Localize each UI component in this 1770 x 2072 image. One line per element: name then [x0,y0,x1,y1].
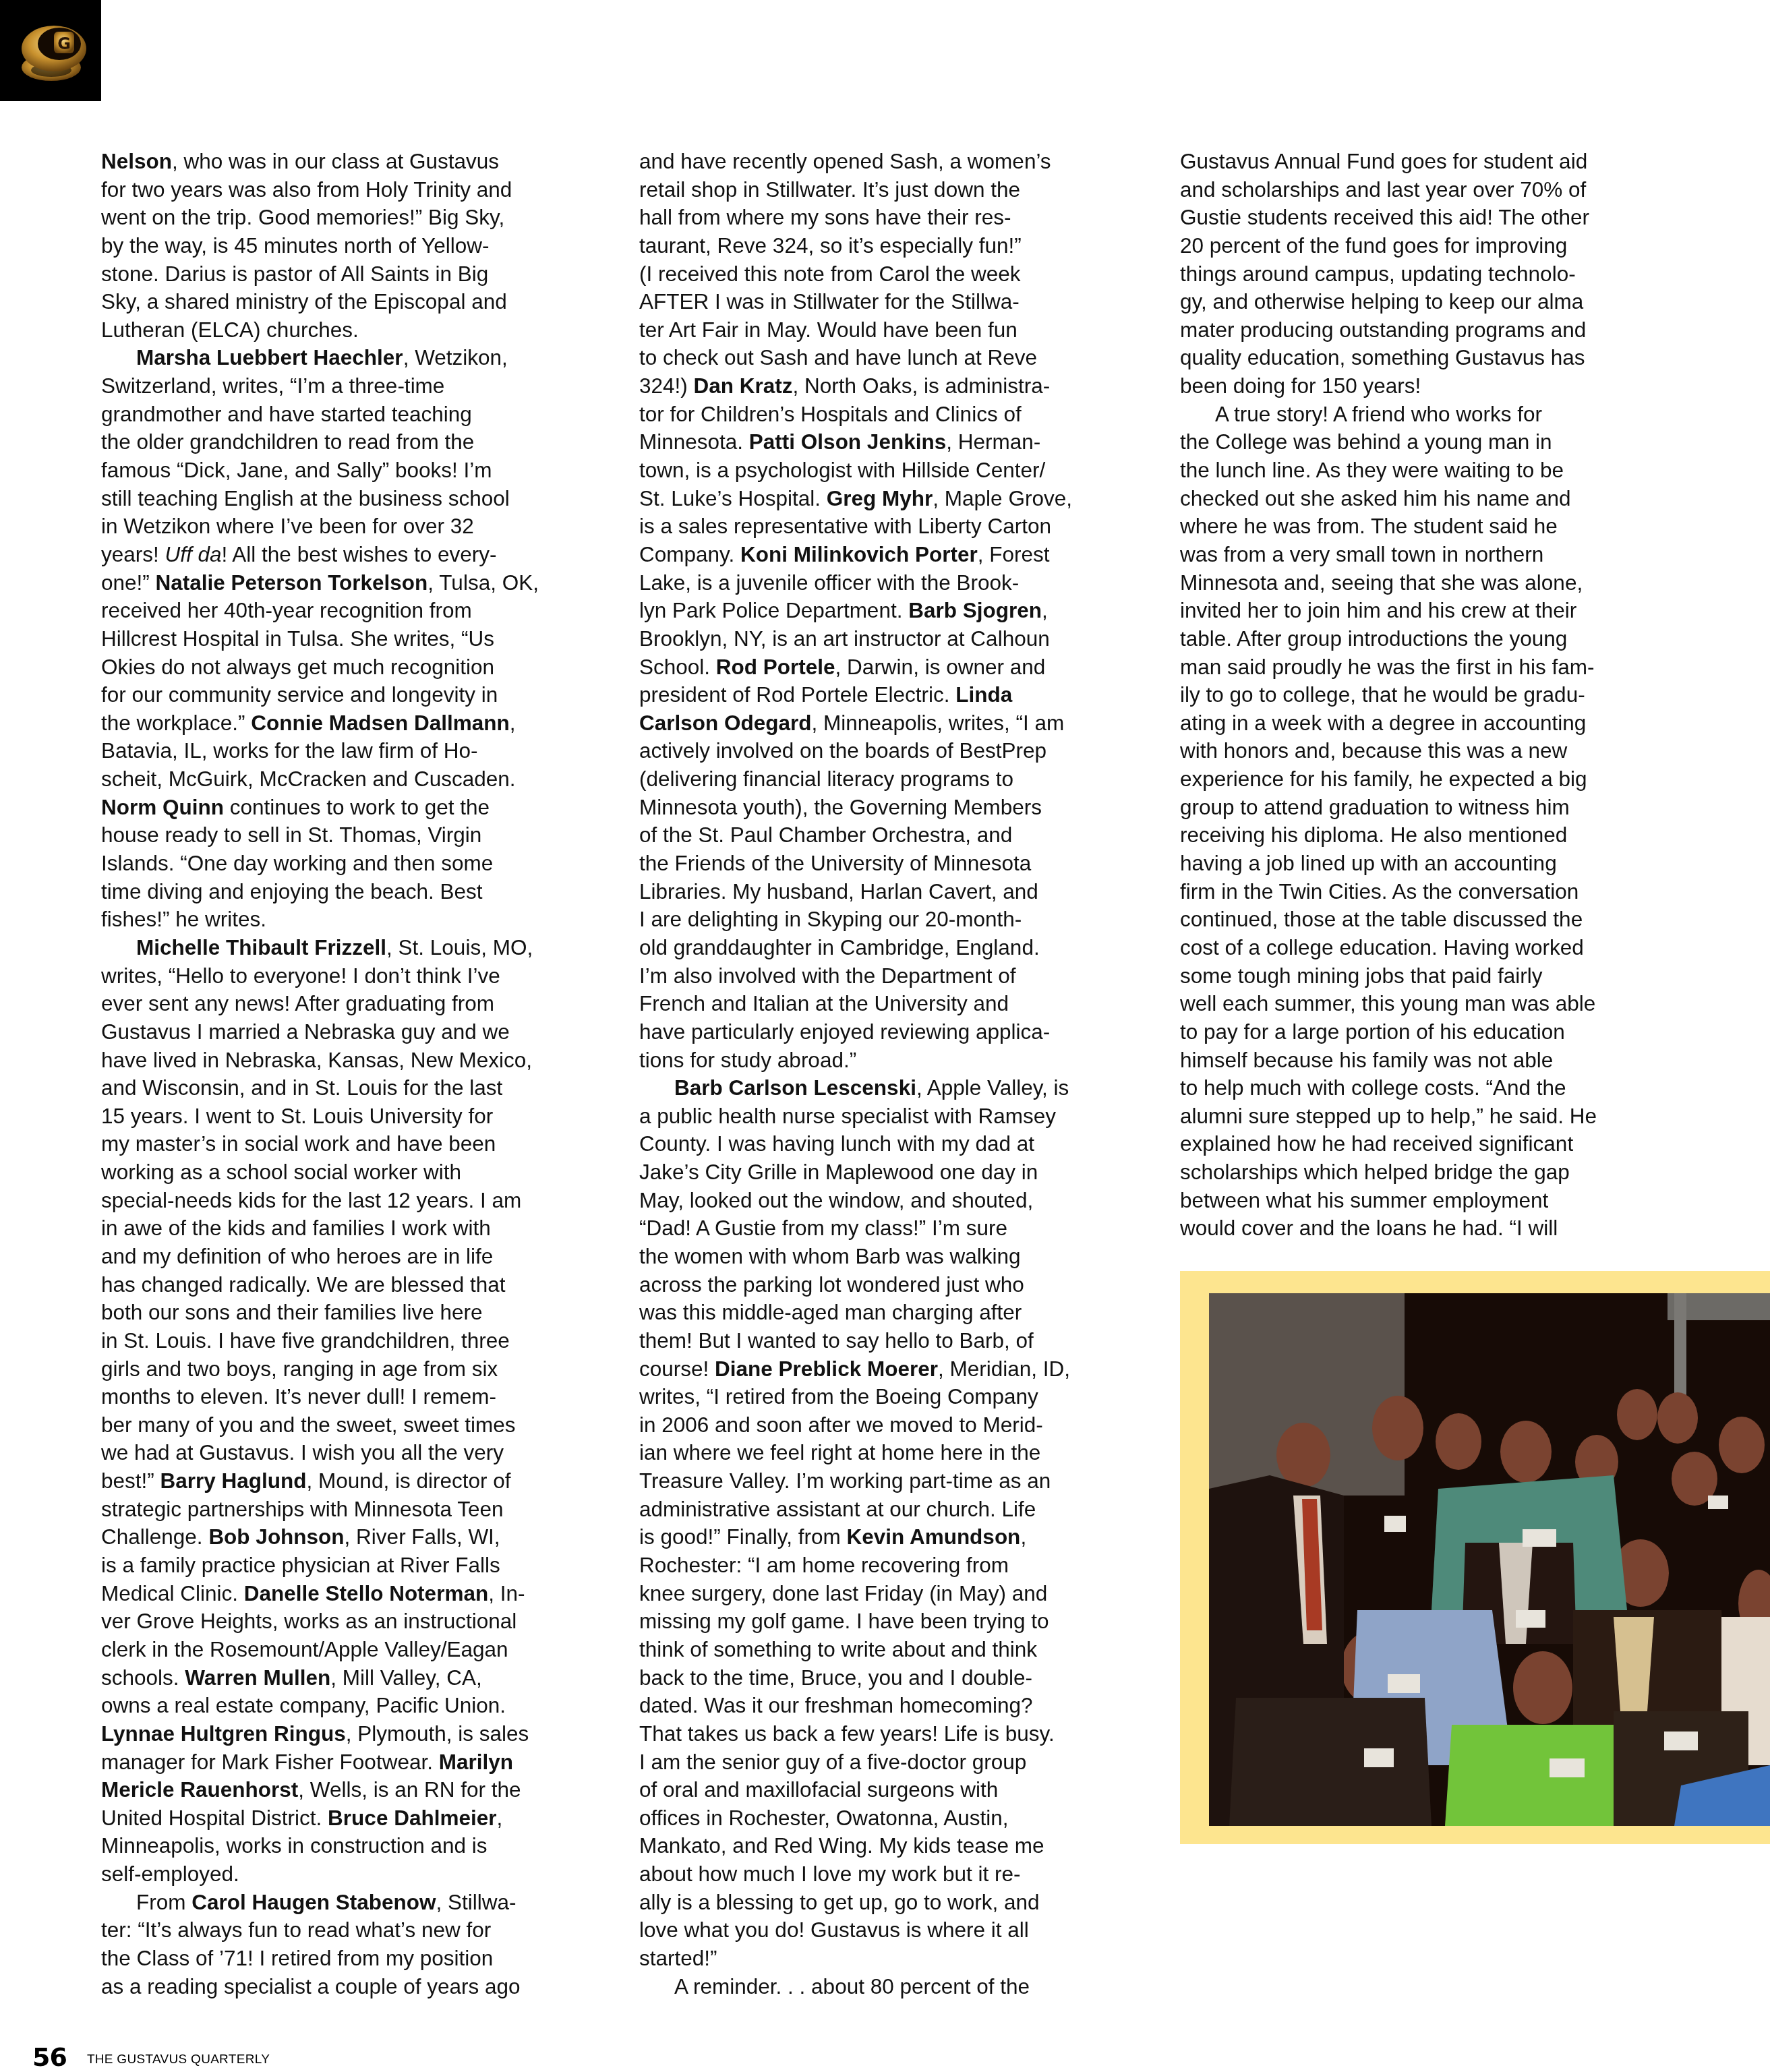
text-line: girls and two boys, ranging in age from … [101,1355,600,1384]
text-line: back to the time, Bruce, you and I doubl… [639,1664,1138,1692]
body-text: Company. [639,542,740,566]
text-line: grandmother and have started teaching [101,401,600,429]
body-text: received her 40th-year recognition from [101,598,472,622]
text-line: Jake’s City Grille in Maplewood one day … [639,1158,1138,1187]
body-text: famous “Dick, Jane, and Sally” books! I’… [101,458,492,482]
body-text: gy, and otherwise helping to keep our al… [1180,289,1583,314]
body-text: group to attend graduation to witness hi… [1180,795,1570,819]
body-text: both our sons and their families live he… [101,1300,483,1324]
text-line: French and Italian at the University and [639,990,1138,1018]
text-line: AFTER I was in Stillwater for the Stillw… [639,288,1138,316]
alumni-name: Kevin Amundson [847,1525,1021,1549]
text-line: Sky, a shared ministry of the Episcopal … [101,288,600,316]
body-text: would cover and the loans he had. “I wil… [1180,1216,1558,1240]
body-text: , In- [488,1581,525,1605]
text-line: hall from where my sons have their res- [639,204,1138,232]
body-text: , [496,1806,502,1830]
class-ring-logo: G [0,0,101,101]
text-line: Minnesota youth), the Governing Members [639,794,1138,822]
text-line: started!” [639,1945,1138,1973]
body-text: County. I was having lunch with my dad a… [639,1131,1034,1156]
body-text: for two years was also from Holy Trinity… [101,177,512,202]
body-text: manager for Mark Fisher Footwear. [101,1750,439,1774]
text-line: School. Rod Portele, Darwin, is owner an… [639,653,1138,682]
body-text: , Wetzikon, [403,345,508,369]
body-text: went on the trip. Good memories!” Big Sk… [101,205,504,229]
body-text: Minnesota youth), the Governing Members [639,795,1042,819]
body-text: receiving his diploma. He also mentioned [1180,823,1567,847]
text-line: Mankato, and Red Wing. My kids tease me [639,1832,1138,1860]
body-text: , Maple Grove, [933,486,1072,510]
body-text: I’m also involved with the Department of [639,964,1016,988]
text-line: That takes us back a few years! Life is … [639,1720,1138,1748]
body-text: ter Art Fair in May. Would have been fun [639,318,1017,342]
text-line: Gustie students received this aid! The o… [1180,204,1679,232]
body-text: , North Oaks, is administra- [793,374,1051,398]
text-line: writes, “Hello to everyone! I don’t thin… [101,962,600,990]
body-text: , Meridian, ID, [938,1357,1070,1381]
body-text: Minnesota and, seeing that she was alone… [1180,570,1583,595]
text-line: man said proudly he was the first in his… [1180,653,1679,682]
text-line: missing my golf game. I have been trying… [639,1607,1138,1636]
alumni-name: Patti Olson Jenkins [749,430,946,454]
text-line: Minneapolis, works in construction and i… [101,1832,600,1860]
body-text: having a job lined up with an accounting [1180,851,1557,875]
article-column-1: Nelson, who was in our class at Gustavus… [101,148,600,2001]
body-text: ! All the best wishes to every- [222,542,497,566]
text-line: tor for Children’s Hospitals and Clinics… [639,401,1138,429]
text-line: in Wetzikon where I’ve been for over 32 [101,512,600,541]
text-line: (I received this note from Carol the wee… [639,260,1138,289]
body-text: Medical Clinic. [101,1581,244,1605]
body-text: School. [639,655,716,679]
body-text: of oral and maxillofacial surgeons with [639,1777,998,1802]
body-text: in 2006 and soon after we moved to Merid… [639,1413,1043,1437]
body-text: where he was from. The student said he [1180,514,1558,538]
body-text: tor for Children’s Hospitals and Clinics… [639,402,1022,426]
text-line: From Carol Haugen Stabenow, Stillwa- [101,1889,600,1917]
text-line: “Dad! A Gustie from my class!” I’m sure [639,1214,1138,1243]
body-text: Gustavus Annual Fund goes for student ai… [1180,149,1587,173]
body-text: ber many of you and the sweet, sweet tim… [101,1413,516,1437]
text-line: in awe of the kids and families I work w… [101,1214,600,1243]
text-line: would cover and the loans he had. “I wil… [1180,1214,1679,1243]
text-line: ber many of you and the sweet, sweet tim… [101,1411,600,1440]
body-text: think of something to write about and th… [639,1637,1037,1661]
text-line: to pay for a large portion of his educat… [1180,1018,1679,1046]
text-line: best!” Barry Haglund, Mound, is director… [101,1467,600,1496]
body-text: continues to work to get the [224,795,490,819]
body-text: mater producing outstanding programs and [1180,318,1586,342]
body-text: my master’s in social work and have been [101,1131,496,1156]
gustavus-class-ring-icon: G [0,0,101,101]
alumni-name: Linda [955,682,1012,707]
text-line: quality education, something Gustavus ha… [1180,344,1679,372]
text-line: where he was from. The student said he [1180,512,1679,541]
photo-frame [1180,1271,1770,1844]
body-text: Okies do not always get much recognition [101,655,494,679]
body-text: Gustie students received this aid! The o… [1180,205,1589,229]
body-text: “Dad! A Gustie from my class!” I’m sure [639,1216,1007,1240]
text-line: I are delighting in Skyping our 20-month… [639,906,1138,934]
body-text: schools. [101,1665,185,1690]
body-text: old granddaughter in Cambridge, England. [639,935,1040,959]
body-text: missing my golf game. I have been trying… [639,1609,1049,1633]
body-text: experience for his family, he expected a… [1180,767,1587,791]
text-line: A reminder. . . about 80 percent of the [639,1973,1138,2001]
text-line: course! Diane Preblick Moerer, Meridian,… [639,1355,1138,1384]
body-text: Switzerland, writes, “I’m a three-time [101,374,444,398]
text-line: administrative assistant at our church. … [639,1496,1138,1524]
body-text: strategic partnerships with Minnesota Te… [101,1497,504,1521]
body-text: is good!” Finally, from [639,1525,847,1549]
body-text: 324!) [639,374,694,398]
text-line: Michelle Thibault Frizzell, St. Louis, M… [101,934,600,962]
text-line: explained how he had received significan… [1180,1130,1679,1158]
body-text: time diving and enjoying the beach. Best [101,879,483,904]
text-line: offices in Rochester, Owatonna, Austin, [639,1804,1138,1833]
alumni-name: Koni Milinkovich Porter [740,542,978,566]
body-text: Lake, is a juvenile officer with the Bro… [639,570,1019,595]
page-footer: 56 THE GUSTAVUS QUARTERLY [32,2043,270,2070]
text-line: May, looked out the window, and shouted, [639,1187,1138,1215]
text-line: the College was behind a young man in [1180,428,1679,456]
text-line: alumni sure stepped up to help,” he said… [1180,1102,1679,1131]
text-line: love what you do! Gustavus is where it a… [639,1916,1138,1945]
text-line: Lynnae Hultgren Ringus, Plymouth, is sal… [101,1720,600,1748]
text-line: (delivering financial literacy programs … [639,765,1138,794]
body-text: years! [101,542,165,566]
text-line: ver Grove Heights, works as an instructi… [101,1607,600,1636]
body-text: explained how he had received significan… [1180,1131,1573,1156]
body-text: , Apple Valley, is [916,1075,1069,1100]
text-line: actively involved on the boards of BestP… [639,737,1138,765]
body-text: in awe of the kids and families I work w… [101,1216,491,1240]
body-text: 15 years. I went to St. Louis University… [101,1104,493,1128]
alumni-name: Mericle Rauenhorst [101,1777,298,1802]
body-text: the Class of ’71! I retired from my posi… [101,1946,493,1970]
text-line: Nelson, who was in our class at Gustavus [101,148,600,176]
body-text: administrative assistant at our church. … [639,1497,1036,1521]
body-text: have lived in Nebraska, Kansas, New Mexi… [101,1048,532,1072]
text-line: the Friends of the University of Minneso… [639,850,1138,878]
text-line: months to eleven. It’s never dull! I rem… [101,1383,600,1411]
body-text: the Friends of the University of Minneso… [639,851,1031,875]
text-line: St. Luke’s Hospital. Greg Myhr, Maple Gr… [639,485,1138,513]
text-line: ian where we feel right at home here in … [639,1439,1138,1467]
body-text: grandmother and have started teaching [101,402,472,426]
body-text: was this middle-aged man charging after [639,1300,1022,1324]
body-text: owns a real estate company, Pacific Unio… [101,1693,506,1717]
body-text: between what his summer employment [1180,1188,1548,1212]
text-line: 15 years. I went to St. Louis University… [101,1102,600,1131]
body-text: stone. Darius is pastor of All Saints in… [101,262,488,286]
body-text: United Hospital District. [101,1806,328,1830]
text-line: United Hospital District. Bruce Dahlmeie… [101,1804,600,1833]
body-text: course! [639,1357,715,1381]
body-text: Libraries. My husband, Harlan Cavert, an… [639,879,1038,904]
text-line: famous “Dick, Jane, and Sally” books! I’… [101,456,600,485]
body-text: in Wetzikon where I’ve been for over 32 [101,514,474,538]
body-text: , Herman- [946,430,1040,454]
body-text: as a reading specialist a couple of year… [101,1974,521,1999]
text-line: time diving and enjoying the beach. Best [101,878,600,906]
text-line: writes, “I retired from the Boeing Compa… [639,1383,1138,1411]
body-text: the College was behind a young man in [1180,430,1552,454]
text-line: I’m also involved with the Department of [639,962,1138,990]
body-text: Minneapolis, works in construction and i… [101,1833,488,1858]
text-line: Gustavus I married a Nebraska guy and we [101,1018,600,1046]
alumni-name: Barry Haglund [160,1469,307,1493]
text-line: years! Uff da! All the best wishes to ev… [101,541,600,569]
text-line: is a family practice physician at River … [101,1551,600,1580]
alumni-name: Nelson [101,149,172,173]
text-line: Batavia, IL, works for the law firm of H… [101,737,600,765]
text-line: stone. Darius is pastor of All Saints in… [101,260,600,289]
text-line: lyn Park Police Department. Barb Sjogren… [639,597,1138,625]
alumni-name: Natalie Peterson Torkelson [156,570,428,595]
alumni-name: Lynnae Hultgren Ringus [101,1721,346,1746]
text-line: is a sales representative with Liberty C… [639,512,1138,541]
body-text: by the way, is 45 minutes north of Yello… [101,233,489,258]
body-text: Sky, a shared ministry of the Episcopal … [101,289,507,314]
body-text: to pay for a large portion of his educat… [1180,1019,1565,1044]
body-text: back to the time, Bruce, you and I doubl… [639,1665,1032,1690]
body-text: hall from where my sons have their res- [639,205,1011,229]
text-line: Islands. “One day working and then some [101,850,600,878]
body-text: ever sent any news! After graduating fro… [101,991,494,1015]
text-line: some tough mining jobs that paid fairly [1180,962,1679,990]
text-line: Rochester: “I am home recovering from [639,1551,1138,1580]
text-line: the workplace.” Connie Madsen Dallmann, [101,709,600,738]
body-text: lyn Park Police Department. [639,598,908,622]
body-text: May, looked out the window, and shouted, [639,1188,1033,1212]
body-text: we had at Gustavus. I wish you all the v… [101,1440,504,1464]
body-text: for our community service and longevity … [101,682,498,707]
text-line: by the way, is 45 minutes north of Yello… [101,232,600,260]
body-text: , Minneapolis, writes, “I am [812,711,1065,735]
text-line: Carlson Odegard, Minneapolis, writes, “I… [639,709,1138,738]
body-text: Treasure Valley. I’m working part-time a… [639,1469,1051,1493]
body-text: Minnesota. [639,430,749,454]
body-text: still teaching English at the business s… [101,486,510,510]
text-line: self-employed. [101,1860,600,1889]
body-text: offices in Rochester, Owatonna, Austin, [639,1806,1008,1830]
body-text: girls and two boys, ranging in age from … [101,1357,498,1381]
text-line: taurant, Reve 324, so it’s especially fu… [639,232,1138,260]
text-line: with honors and, because this was a new [1180,737,1679,765]
body-text: one!” [101,570,156,595]
body-text: started!” [639,1946,717,1970]
text-line: was this middle-aged man charging after [639,1299,1138,1327]
text-line: and have recently opened Sash, a women’s [639,148,1138,176]
text-line: retail shop in Stillwater. It’s just dow… [639,176,1138,204]
text-line: 324!) Dan Kratz, North Oaks, is administ… [639,372,1138,401]
body-text: dated. Was it our freshman homecoming? [639,1693,1033,1717]
text-line: them! But I wanted to say hello to Barb,… [639,1327,1138,1355]
body-text: special-needs kids for the last 12 years… [101,1188,521,1212]
text-line: both our sons and their families live he… [101,1299,600,1327]
text-line: dated. Was it our freshman homecoming? [639,1692,1138,1720]
body-text: writes, “Hello to everyone! I don’t thin… [101,964,500,988]
text-line: the women with whom Barb was walking [639,1243,1138,1271]
alumni-name: Warren Mullen [185,1665,330,1690]
text-line: and scholarships and last year over 70% … [1180,176,1679,204]
text-line: scholarships which helped bridge the gap [1180,1158,1679,1187]
body-text: I are delighting in Skyping our 20-month… [639,907,1022,931]
text-line: Minnesota and, seeing that she was alone… [1180,569,1679,597]
body-text: man said proudly he was the first in his… [1180,655,1595,679]
text-line: about how much I love my work but it re- [639,1860,1138,1889]
body-text: , [1042,598,1048,622]
text-line: strategic partnerships with Minnesota Te… [101,1496,600,1524]
text-line: scheit, McGuirk, McCracken and Cuscaden. [101,765,600,794]
body-text: Jake’s City Grille in Maplewood one day … [639,1160,1038,1184]
body-text: , who was in our class at Gustavus [172,149,499,173]
alumni-name: Michelle Thibault Frizzell [136,935,386,959]
text-line: well each summer, this young man was abl… [1180,990,1679,1018]
body-text: actively involved on the boards of BestP… [639,738,1046,763]
text-line: for our community service and longevity … [101,681,600,709]
body-text: retail shop in Stillwater. It’s just dow… [639,177,1020,202]
text-line: things around campus, updating technolo- [1180,260,1679,289]
body-text: with honors and, because this was a new [1180,738,1567,763]
text-line: still teaching English at the business s… [101,485,600,513]
text-line: continued, those at the table discussed … [1180,906,1679,934]
text-line: received her 40th-year recognition from [101,597,600,625]
text-line: table. After group introductions the you… [1180,625,1679,653]
text-line: owns a real estate company, Pacific Unio… [101,1692,600,1720]
body-text: the women with whom Barb was walking [639,1244,1021,1268]
text-line: schools. Warren Mullen, Mill Valley, CA, [101,1664,600,1692]
body-text: Brooklyn, NY, is an art instructor at Ca… [639,626,1050,651]
body-text: taurant, Reve 324, so it’s especially fu… [639,233,1022,258]
alumni-name: Dan Kratz [694,374,793,398]
group-photo [1209,1293,1770,1826]
text-line: to help much with college costs. “And th… [1180,1074,1679,1102]
text-line: president of Rod Portele Electric. Linda [639,681,1138,709]
body-text: A reminder. . . about 80 percent of the [674,1974,1030,1999]
body-text: knee surgery, done last Friday (in May) … [639,1581,1047,1605]
body-text: in St. Louis. I have five grandchildren,… [101,1328,510,1353]
svg-text:G: G [57,34,71,53]
text-line: group to attend graduation to witness hi… [1180,794,1679,822]
text-line: working as a school social worker with [101,1158,600,1187]
text-line: to check out Sash and have lunch at Reve [639,344,1138,372]
body-text: Hillcrest Hospital in Tulsa. She writes,… [101,626,494,651]
text-line: Norm Quinn continues to work to get the [101,794,600,822]
text-line: manager for Mark Fisher Footwear. Marily… [101,1748,600,1777]
body-text: writes, “I retired from the Boeing Compa… [639,1384,1038,1409]
body-text: best!” [101,1469,160,1493]
body-text: French and Italian at the University and [639,991,1009,1015]
text-line: old granddaughter in Cambridge, England. [639,934,1138,962]
body-text: , Mill Valley, CA, [330,1665,482,1690]
body-text: , Mound, is director of [307,1469,511,1493]
body-text: and Wisconsin, and in St. Louis for the … [101,1075,502,1100]
alumni-name: Bob Johnson [208,1525,344,1549]
text-line: Hillcrest Hospital in Tulsa. She writes,… [101,625,600,653]
body-text: checked out she asked him his name and [1180,486,1571,510]
article-column-3: Gustavus Annual Fund goes for student ai… [1180,148,1679,1243]
text-line: a public health nurse specialist with Ra… [639,1102,1138,1131]
body-text: (delivering financial literacy programs … [639,767,1013,791]
body-text: Mankato, and Red Wing. My kids tease me [639,1833,1044,1858]
text-line: fishes!” he writes. [101,906,600,934]
text-line: across the parking lot wondered just who [639,1271,1138,1299]
body-text: ating in a week with a degree in account… [1180,711,1586,735]
alumni-name: Norm Quinn [101,795,224,819]
text-line: in 2006 and soon after we moved to Merid… [639,1411,1138,1440]
body-text: firm in the Twin Cities. As the conversa… [1180,879,1579,904]
body-text: was from a very small town in northern [1180,542,1543,566]
body-text: is a family practice physician at River … [101,1553,500,1577]
text-line: gy, and otherwise helping to keep our al… [1180,288,1679,316]
body-text: to check out Sash and have lunch at Reve [639,345,1037,369]
text-line: special-needs kids for the last 12 years… [101,1187,600,1215]
publication-name: THE GUSTAVUS QUARTERLY [87,2052,270,2067]
body-text: alumni sure stepped up to help,” he said… [1180,1104,1597,1128]
body-text: cost of a college education. Having work… [1180,935,1584,959]
text-line: the Class of ’71! I retired from my posi… [101,1945,600,1973]
body-text: been doing for 150 years! [1180,374,1421,398]
text-line: as a reading specialist a couple of year… [101,1973,600,2001]
text-line: Lake, is a juvenile officer with the Bro… [639,569,1138,597]
body-text: Islands. “One day working and then some [101,851,493,875]
body-text: A true story! A friend who works for [1215,402,1542,426]
body-text: tions for study abroad.” [639,1048,856,1072]
alumni-name: Barb Carlson Lescenski [674,1075,916,1100]
body-text: Lutheran (ELCA) churches. [101,318,359,342]
body-text: the older grandchildren to read from the [101,430,474,454]
text-line: Okies do not always get much recognition [101,653,600,682]
text-line: himself because his family was not able [1180,1046,1679,1075]
body-text: , Forest [978,542,1050,566]
text-line: went on the trip. Good memories!” Big Sk… [101,204,600,232]
group-photo-image [1209,1293,1770,1826]
body-text: Gustavus I married a Nebraska guy and we [101,1019,510,1044]
alumni-name: Carol Haugen Stabenow [191,1890,436,1914]
body-text: , River Falls, WI, [345,1525,500,1549]
text-line: County. I was having lunch with my dad a… [639,1130,1138,1158]
body-text: a public health nurse specialist with Ra… [639,1104,1056,1128]
body-text: , Plymouth, is sales [346,1721,529,1746]
text-line: Treasure Valley. I’m working part-time a… [639,1467,1138,1496]
body-text: , Wells, is an RN for the [298,1777,521,1802]
body-text: is a sales representative with Liberty C… [639,514,1051,538]
text-line: ating in a week with a degree in account… [1180,709,1679,738]
body-text: working as a school social worker with [101,1160,461,1184]
body-text: the workplace.” [101,711,251,735]
text-line: experience for his family, he expected a… [1180,765,1679,794]
text-line: think of something to write about and th… [639,1636,1138,1664]
text-line: Switzerland, writes, “I’m a three-time [101,372,600,401]
text-line: ter: “It’s always fun to read what’s new… [101,1916,600,1945]
body-text: of the St. Paul Chamber Orchestra, and [639,823,1012,847]
body-text: them! But I wanted to say hello to Barb,… [639,1328,1034,1353]
body-text: ally is a blessing to get up, go to work… [639,1890,1040,1914]
alumni-name: Barb Sjogren [908,598,1042,622]
text-line: 20 percent of the fund goes for improvin… [1180,232,1679,260]
text-line: between what his summer employment [1180,1187,1679,1215]
body-text: and my definition of who heroes are in l… [101,1244,493,1268]
body-text: , Stillwa- [436,1890,517,1914]
body-text: scholarships which helped bridge the gap [1180,1160,1570,1184]
text-line: and my definition of who heroes are in l… [101,1243,600,1271]
body-text: , [1020,1525,1026,1549]
alumni-name: Greg Myhr [827,486,933,510]
text-line: the older grandchildren to read from the [101,428,600,456]
